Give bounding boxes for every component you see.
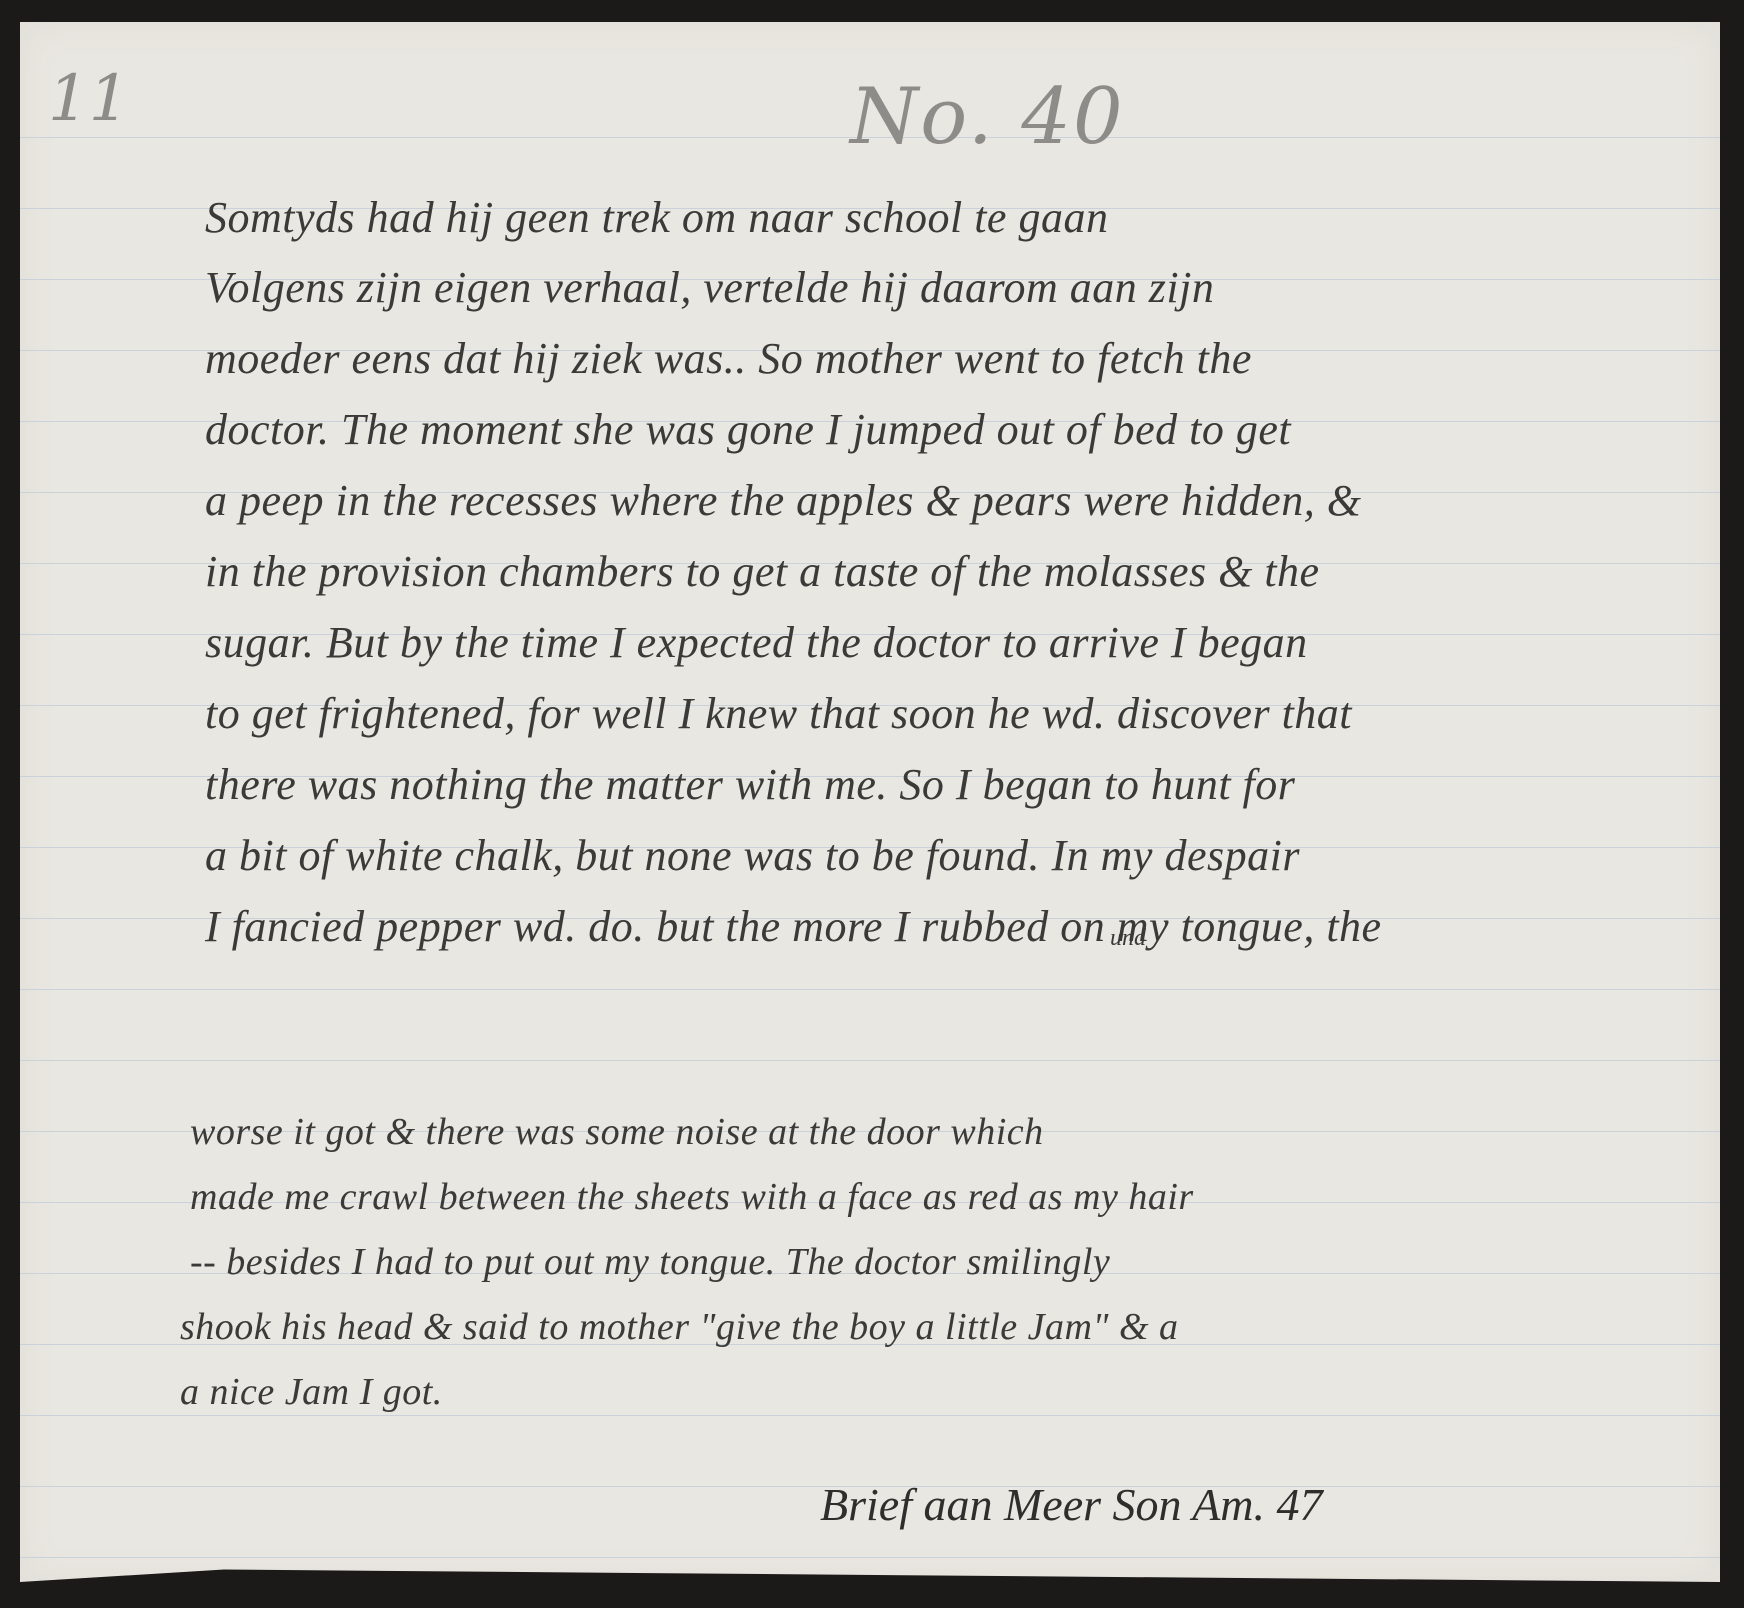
handwritten-line: moeder eens dat hij ziek was.. So mother… (205, 333, 1252, 384)
handwritten-line: Volgens zijn eigen verhaal, vertelde hij… (205, 262, 1214, 313)
handwritten-line: a bit of white chalk, but none was to be… (205, 830, 1300, 881)
handwritten-line: Somtyds had hij geen trek om naar school… (205, 192, 1108, 243)
ruled-line (20, 1557, 1720, 1558)
page-number-heading: No. 40 (850, 72, 1125, 162)
handwritten-line: in the provision chambers to get a taste… (205, 546, 1320, 597)
handwritten-line: there was nothing the matter with me. So… (205, 759, 1295, 810)
handwritten-line: a peep in the recesses where the apples … (205, 475, 1361, 526)
handwritten-line: made me crawl between the sheets with a … (190, 1175, 1194, 1219)
handwritten-line: -- besides I had to put out my tongue. T… (190, 1240, 1110, 1284)
handwritten-line: a nice Jam I got. (180, 1370, 443, 1414)
folio-number: 11 (48, 62, 129, 136)
handwritten-line: I fancied pepper wd. do. but the more I … (205, 901, 1382, 952)
ruled-line (20, 1415, 1720, 1416)
handwritten-line: sugar. But by the time I expected the do… (205, 617, 1308, 668)
handwritten-line: worse it got & there was some noise at t… (190, 1110, 1044, 1154)
signature-reference: Brief aan Meer Son Am. 47 (820, 1478, 1323, 1531)
handwritten-line: doctor. The moment she was gone I jumped… (205, 404, 1291, 455)
handwritten-line: to get frightened, for well I knew that … (205, 688, 1352, 739)
handwritten-line: shook his head & said to mother "give th… (180, 1305, 1179, 1349)
ruled-line (20, 1060, 1720, 1061)
ruled-line (20, 989, 1720, 990)
